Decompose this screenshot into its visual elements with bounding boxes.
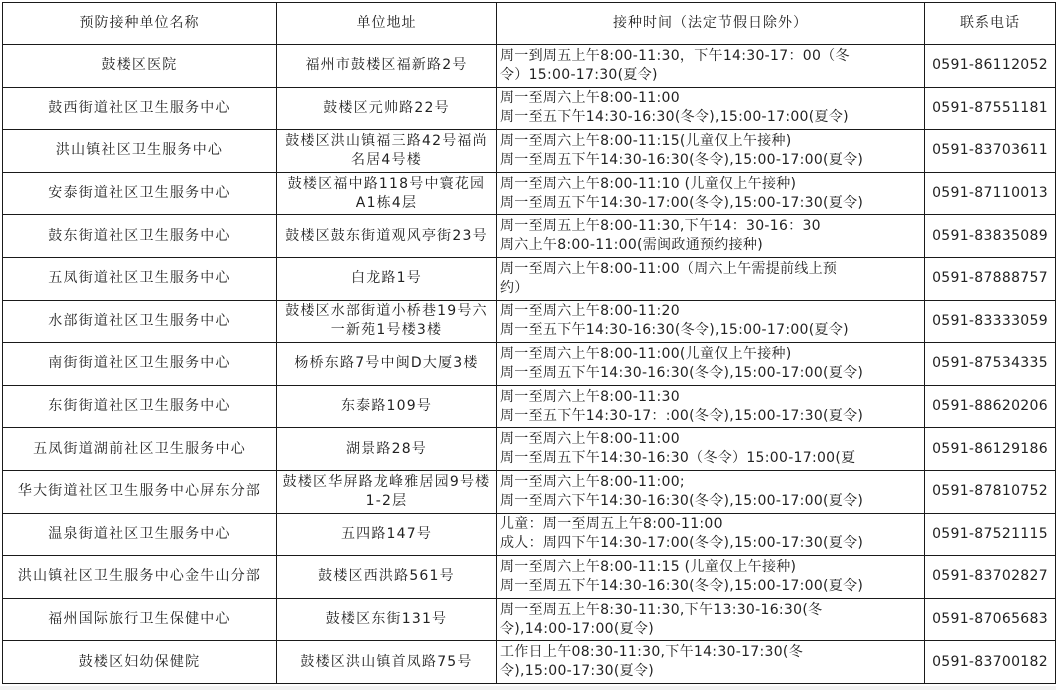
contact-phone-cell: 0591-88620206 <box>925 385 1056 428</box>
hours-line-2: 约） <box>500 279 922 298</box>
hours-line-1: 周一至周六上午8:00-11:00 <box>500 89 922 108</box>
hours-line-1: 周一至周六上午8:00-11:20 <box>500 302 922 321</box>
vaccination-sites-table: 预防接种单位名称 单位地址 接种时间（法定节假日除外） 联系电话 鼓楼区医院 福… <box>2 2 1056 684</box>
unit-name-cell: 鼓楼区医院 <box>3 45 277 88</box>
table-row: 鼓楼区妇幼保健院 鼓楼区洪山镇首凤路75号 工作日上午08:30-11:30,下… <box>3 641 1056 684</box>
table-row: 华大街道社区卫生服务中心屏东分部 鼓楼区华屏路龙峰雅居园9号楼1-2层 周一至周… <box>3 470 1056 513</box>
vaccination-hours-cell: 周一至周六上午8:00-11:15 (儿童仅上午接种) 周一至周五下午14:30… <box>497 556 925 599</box>
unit-name-cell: 鼓楼区妇幼保健院 <box>3 641 277 684</box>
unit-name-cell: 安泰街道社区卫生服务中心 <box>3 172 277 215</box>
document-sheet: 预防接种单位名称 单位地址 接种时间（法定节假日除外） 联系电话 鼓楼区医院 福… <box>0 0 1056 686</box>
header-vaccination-hours: 接种时间（法定节假日除外） <box>497 3 925 45</box>
contact-phone-cell: 0591-83700182 <box>925 641 1056 684</box>
hours-line-2: 周一至五下午14:30-17：:00(冬令),15:00-17:30(夏令) <box>500 407 922 426</box>
vaccination-hours-cell: 周一至周六上午8:00-11:00 周一至周五下午14:30-16:30（冬令）… <box>497 428 925 471</box>
unit-name-cell: 福州国际旅行卫生保健中心 <box>3 598 277 641</box>
contact-phone-cell: 0591-87534335 <box>925 343 1056 386</box>
hours-line-1: 周一至周六上午8:00-11:15 (儿童仅上午接种) <box>500 558 922 577</box>
table-row: 鼓西街道社区卫生服务中心 鼓楼区元帅路22号 周一至周六上午8:00-11:00… <box>3 87 1056 130</box>
unit-address-cell: 鼓楼区华屏路龙峰雅居园9号楼1-2层 <box>277 470 497 513</box>
contact-phone-cell: 0591-87065683 <box>925 598 1056 641</box>
hours-line-1: 周一到周五上午8:00-11:30，下午14:30-17：00（冬 <box>500 47 922 66</box>
vaccination-hours-cell: 周一至周六上午8:00-11:00; 周一至周六下午14:30-16:30(冬令… <box>497 470 925 513</box>
hours-line-2: 周一至周五下午14:30-16:30(冬令),15:00-17:00(夏令) <box>500 151 922 170</box>
hours-line-2: 周一至周五下午14:30-16:30(冬令),15:00-17:00(夏令) <box>500 577 922 596</box>
table-row: 东街街道社区卫生服务中心 东泰路109号 周一至周六上午8:00-11:30 周… <box>3 385 1056 428</box>
hours-line-1: 工作日上午08:30-11:30,下午14:30-17:30(冬 <box>500 643 922 662</box>
table-row: 温泉街道社区卫生服务中心 五四路147号 儿童：周一至周五上午8:00-11:0… <box>3 513 1056 556</box>
unit-name-cell: 东街街道社区卫生服务中心 <box>3 385 277 428</box>
contact-phone-cell: 0591-83702827 <box>925 556 1056 599</box>
unit-name-cell: 鼓东街道社区卫生服务中心 <box>3 215 277 258</box>
hours-line-2: 周一至周五下午14:30-16:30(冬令),15:00-17:00(夏令) <box>500 364 922 383</box>
hours-line-2: 令),14:00-17:00(夏令) <box>500 620 922 639</box>
header-unit-address: 单位地址 <box>277 3 497 45</box>
hours-line-2: 成人：周四下午14:30-17:00(冬令),15:00-17:30(夏令) <box>500 534 922 553</box>
vaccination-hours-cell: 工作日上午08:30-11:30,下午14:30-17:30(冬 令),15:0… <box>497 641 925 684</box>
unit-address-cell: 鼓楼区福中路118号中寰花园A1栋4层 <box>277 172 497 215</box>
contact-phone-cell: 0591-83333059 <box>925 300 1056 343</box>
contact-phone-cell: 0591-87521115 <box>925 513 1056 556</box>
table-row: 洪山镇社区卫生服务中心 鼓楼区洪山镇福三路42号福尚名居4号楼 周一至周六上午8… <box>3 130 1056 173</box>
table-row: 安泰街道社区卫生服务中心 鼓楼区福中路118号中寰花园A1栋4层 周一至周六上午… <box>3 172 1056 215</box>
contact-phone-cell: 0591-87888757 <box>925 257 1056 300</box>
table-row: 福州国际旅行卫生保健中心 鼓楼区东街131号 周一至周五上午8:30-11:30… <box>3 598 1056 641</box>
unit-name-cell: 温泉街道社区卫生服务中心 <box>3 513 277 556</box>
unit-name-cell: 水部街道社区卫生服务中心 <box>3 300 277 343</box>
unit-name-cell: 鼓西街道社区卫生服务中心 <box>3 87 277 130</box>
unit-name-cell: 洪山镇社区卫生服务中心 <box>3 130 277 173</box>
unit-name-cell: 华大街道社区卫生服务中心屏东分部 <box>3 470 277 513</box>
hours-line-1: 周一至周六上午8:00-11:10 (儿童仅上午接种) <box>500 175 922 194</box>
hours-line-1: 周一至周六上午8:00-11:15(儿童仅上午接种) <box>500 132 922 151</box>
table-row: 鼓东街道社区卫生服务中心 鼓楼区鼓东街道观风亭街23号 周一至周五上午8:00-… <box>3 215 1056 258</box>
hours-line-1: 儿童：周一至周五上午8:00-11:00 <box>500 515 922 534</box>
table-row: 南街街道社区卫生服务中心 杨桥东路7号中闽D大厦3楼 周一至周六上午8:00-1… <box>3 343 1056 386</box>
vaccination-hours-cell: 周一至周六上午8:00-11:00(儿童仅上午接种) 周一至周五下午14:30-… <box>497 343 925 386</box>
unit-address-cell: 福州市鼓楼区福新路2号 <box>277 45 497 88</box>
unit-address-cell: 东泰路109号 <box>277 385 497 428</box>
unit-address-cell: 五四路147号 <box>277 513 497 556</box>
unit-address-cell: 鼓楼区元帅路22号 <box>277 87 497 130</box>
header-unit-name: 预防接种单位名称 <box>3 3 277 45</box>
vaccination-hours-cell: 儿童：周一至周五上午8:00-11:00 成人：周四下午14:30-17:00(… <box>497 513 925 556</box>
vaccination-hours-cell: 周一至周六上午8:00-11:30 周一至五下午14:30-17：:00(冬令)… <box>497 385 925 428</box>
unit-name-cell: 五凤街道社区卫生服务中心 <box>3 257 277 300</box>
unit-name-cell: 南街街道社区卫生服务中心 <box>3 343 277 386</box>
hours-line-2: 周六上午8:00-11:00(需闽政通预约接种) <box>500 236 922 255</box>
contact-phone-cell: 0591-87810752 <box>925 470 1056 513</box>
unit-address-cell: 杨桥东路7号中闽D大厦3楼 <box>277 343 497 386</box>
unit-name-cell: 五凤街道湖前社区卫生服务中心 <box>3 428 277 471</box>
vaccination-hours-cell: 周一到周五上午8:00-11:30，下午14:30-17：00（冬 令）15:0… <box>497 45 925 88</box>
vaccination-hours-cell: 周一至周六上午8:00-11:00 周一至五下午14:30-16:30(冬令),… <box>497 87 925 130</box>
contact-phone-cell: 0591-86112052 <box>925 45 1056 88</box>
unit-address-cell: 白龙路1号 <box>277 257 497 300</box>
unit-name-cell: 洪山镇社区卫生服务中心金牛山分部 <box>3 556 277 599</box>
table-header-row: 预防接种单位名称 单位地址 接种时间（法定节假日除外） 联系电话 <box>3 3 1056 45</box>
hours-line-2: 令）15:00-17:30(夏令) <box>500 66 922 85</box>
table-row: 鼓楼区医院 福州市鼓楼区福新路2号 周一到周五上午8:00-11:30，下午14… <box>3 45 1056 88</box>
hours-line-2: 令),15:00-17:30(夏令) <box>500 662 922 681</box>
unit-address-cell: 鼓楼区东街131号 <box>277 598 497 641</box>
table-row: 五凤街道湖前社区卫生服务中心 湖景路28号 周一至周六上午8:00-11:00 … <box>3 428 1056 471</box>
hours-line-2: 周一至周五下午14:30-17:00(冬令),15:00-17:30(夏令) <box>500 194 922 213</box>
contact-phone-cell: 0591-86129186 <box>925 428 1056 471</box>
hours-line-1: 周一至周五上午8:30-11:30,下午13:30-16:30(冬 <box>500 601 922 620</box>
hours-line-2: 周一至周五下午14:30-16:30（冬令）15:00-17:00(夏 <box>500 449 922 468</box>
unit-address-cell: 湖景路28号 <box>277 428 497 471</box>
contact-phone-cell: 0591-83835089 <box>925 215 1056 258</box>
hours-line-1: 周一至周六上午8:00-11:00(儿童仅上午接种) <box>500 345 922 364</box>
hours-line-1: 周一至周六上午8:00-11:00（周六上午需提前线上预 <box>500 260 922 279</box>
hours-line-1: 周一至周六上午8:00-11:00 <box>500 430 922 449</box>
hours-line-1: 周一至周六上午8:00-11:00; <box>500 473 922 492</box>
unit-address-cell: 鼓楼区洪山镇首凤路75号 <box>277 641 497 684</box>
vaccination-hours-cell: 周一至周六上午8:00-11:15(儿童仅上午接种) 周一至周五下午14:30-… <box>497 130 925 173</box>
table-row: 水部街道社区卫生服务中心 鼓楼区水部街道小桥巷19号六一新苑1号楼3楼 周一至周… <box>3 300 1056 343</box>
vaccination-hours-cell: 周一至周五上午8:00-11:30,下午14：30-16：30 周六上午8:00… <box>497 215 925 258</box>
contact-phone-cell: 0591-87551181 <box>925 87 1056 130</box>
unit-address-cell: 鼓楼区西洪路561号 <box>277 556 497 599</box>
contact-phone-cell: 0591-87110013 <box>925 172 1056 215</box>
contact-phone-cell: 0591-83703611 <box>925 130 1056 173</box>
vaccination-hours-cell: 周一至周六上午8:00-11:00（周六上午需提前线上预 约） <box>497 257 925 300</box>
hours-line-1: 周一至周五上午8:00-11:30,下午14：30-16：30 <box>500 217 922 236</box>
table-row: 洪山镇社区卫生服务中心金牛山分部 鼓楼区西洪路561号 周一至周六上午8:00-… <box>3 556 1056 599</box>
hours-line-2: 周一至周六下午14:30-16:30(冬令),15:00-17:00(夏令) <box>500 492 922 511</box>
vaccination-hours-cell: 周一至周六上午8:00-11:10 (儿童仅上午接种) 周一至周五下午14:30… <box>497 172 925 215</box>
hours-line-2: 周一至五下午14:30-16:30(冬令),15:00-17:00(夏令) <box>500 108 922 127</box>
vaccination-hours-cell: 周一至周五上午8:30-11:30,下午13:30-16:30(冬 令),14:… <box>497 598 925 641</box>
hours-line-2: 周一至五下午14:30-16:30(冬令),15:00-17:00(夏令) <box>500 321 922 340</box>
unit-address-cell: 鼓楼区鼓东街道观风亭街23号 <box>277 215 497 258</box>
vaccination-hours-cell: 周一至周六上午8:00-11:20 周一至五下午14:30-16:30(冬令),… <box>497 300 925 343</box>
unit-address-cell: 鼓楼区水部街道小桥巷19号六一新苑1号楼3楼 <box>277 300 497 343</box>
table-row: 五凤街道社区卫生服务中心 白龙路1号 周一至周六上午8:00-11:00（周六上… <box>3 257 1056 300</box>
header-contact-phone: 联系电话 <box>925 3 1056 45</box>
unit-address-cell: 鼓楼区洪山镇福三路42号福尚名居4号楼 <box>277 130 497 173</box>
hours-line-1: 周一至周六上午8:00-11:30 <box>500 388 922 407</box>
